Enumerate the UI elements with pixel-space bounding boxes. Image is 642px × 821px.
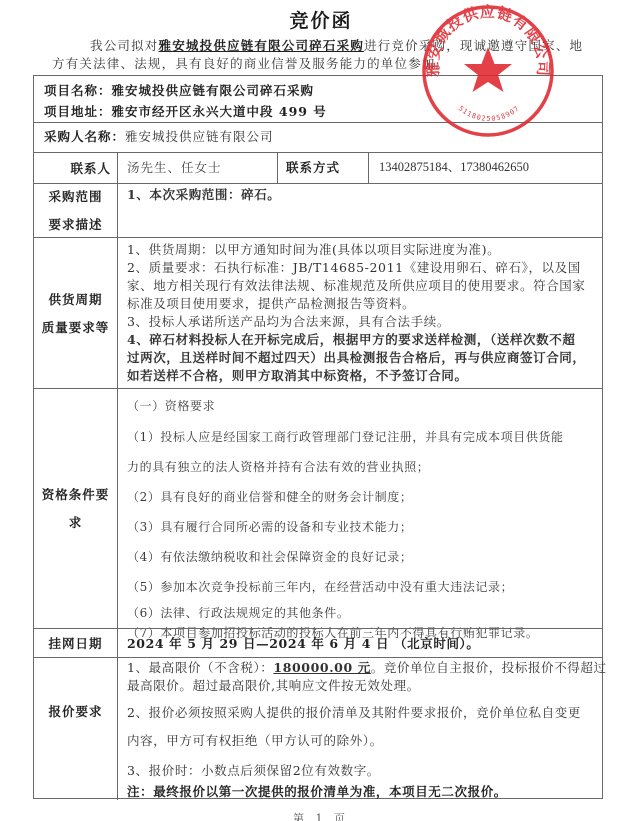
project-address-label: 项目地址： — [44, 104, 112, 119]
supply-line: 2、质量要求：石执行标准：JB/T14685-2011《建设用卵石、碎石》，以及… — [127, 259, 596, 277]
qualification-item: （1）投标人应是经国家工商行政管理部门登记注册，并具有完成本项目供货能 — [127, 422, 596, 452]
supply-content: 1、供货周期：以甲方通知时间为准(具体以项目实际进度为准)。 2、质量要求：石执… — [118, 238, 602, 389]
qualification-label-line-2: 求 — [69, 509, 83, 537]
qualification-item: （3）具有履行合同所必需的设备和专业技术能力； — [127, 512, 596, 542]
quote-note: 注：最终报价以第一次提供的报价清单为准，本项目无二次报价。 — [127, 783, 596, 801]
quote-item-1-prefix: 1、最高限价（不含税）： — [127, 660, 273, 675]
supply-label: 供货周期 质量要求等 — [34, 238, 118, 389]
intro-paragraph: 我公司拟对雅安城投供应链有限公司碎石采购进行竞价采购，现诚邀遵守国家、地 方有关… — [52, 37, 612, 73]
qualification-item: （6）法律、行政法规规定的其他条件。 — [127, 602, 596, 624]
row-purchaser: 采购人名称：雅安城投供应链有限公司 — [34, 122, 602, 153]
supply-line: 过两次，且送样时间不超过四天）出具检测报告合格后，再与供应商签订合同， — [127, 349, 596, 367]
bid-table: 项目名称：雅安城投供应链有限公司碎石采购 项目地址：雅安市经开区永兴大道中段 4… — [33, 75, 603, 799]
qualification-item: （2）具有良好的商业信誉和健全的财务会计制度； — [127, 482, 596, 512]
quote-item-3: 3、报价时：小数点后须保留2位有效数字。 — [127, 759, 596, 783]
quote-label-text: 报价要求 — [48, 698, 102, 726]
row-project: 项目名称：雅安城投供应链有限公司碎石采购 项目地址：雅安市经开区永兴大道中段 4… — [34, 76, 602, 123]
listing-label: 挂网日期 — [34, 629, 118, 658]
project-name-label: 项目名称： — [44, 83, 112, 98]
supply-line: 如若送样不合格，则甲方取消其中标资格，不予签订合同。 — [127, 367, 596, 385]
qualification-label: 资格条件要 求 — [34, 389, 118, 629]
project-name-value: 雅安城投供应链有限公司碎石采购 — [112, 83, 315, 98]
quote-item-2-line-1: 2、报价必须按照采购人提供的报价清单及其附件要求报价，竞价单位私自变更 — [127, 699, 596, 727]
project-cell: 项目名称：雅安城投供应链有限公司碎石采购 项目地址：雅安市经开区永兴大道中段 4… — [34, 76, 602, 123]
supply-line: 1、供货周期：以甲方通知时间为准(具体以项目实际进度为准)。 — [127, 241, 596, 259]
quote-item-2-line-2: 内容，甲方可有权拒绝（甲方认可的除外）。 — [127, 727, 596, 755]
scope-label: 采购范围 要求描述 — [34, 184, 118, 238]
row-qualification: 资格条件要 求 （一）资格要求 （1）投标人应是经国家工商行政管理部门登记注册，… — [34, 388, 602, 629]
intro-prefix: 我公司拟对 — [90, 38, 159, 53]
qualification-content: （一）资格要求 （1）投标人应是经国家工商行政管理部门登记注册，并具有完成本项目… — [118, 389, 602, 629]
page-number: 第 1 页 — [0, 810, 642, 821]
intro-suffix: 进行竞价采购，现诚邀遵守国家、地 — [364, 38, 583, 53]
scope-label-line-1: 采购范围 — [48, 183, 102, 211]
contact-label: 联系人 — [34, 153, 118, 184]
quote-content: 1、最高限价（不含税）：180000.00 元。竞价单位自主报价，投标报价不得超… — [118, 658, 602, 800]
row-listing-date: 挂网日期 2024 年 5 月 29 日—2024 年 6 月 4 日 （北京时… — [34, 628, 602, 658]
supply-line: 3、投标人承诺所送产品均为合法来源，具有合法手续。 — [127, 313, 596, 331]
supply-line: 标准及项目使用要求，提供产品检测报告等资料。 — [127, 295, 596, 313]
qualification-item: （5）参加本次竞争投标前三年内，在经营活动中没有重大违法记录； — [127, 572, 596, 602]
contact-label-text: 联系人 — [70, 155, 111, 183]
qualification-heading: （一）资格要求 — [127, 394, 596, 418]
project-name: 项目名称：雅安城投供应链有限公司碎石采购 — [44, 80, 592, 101]
qualification-item: 力的具有独立的法人资格并持有合法有效的营业执照； — [127, 452, 596, 482]
supply-line: 家、地方相关现行有效法律法规、标准规范及所供应项目的使用要求。符合国家 — [127, 277, 596, 295]
row-scope: 采购范围 要求描述 1、本次采购范围：碎石。 — [34, 183, 602, 238]
quote-item-1-suffix: 。竞价单位自主报价，投标报价不得超过 — [371, 660, 607, 675]
row-supply: 供货周期 质量要求等 1、供货周期：以甲方通知时间为准(具体以项目实际进度为准)… — [34, 237, 602, 389]
document-title: 竞价函 — [0, 6, 642, 33]
project-address: 项目地址：雅安市经开区永兴大道中段 499 号 — [44, 101, 592, 122]
intro-project-name: 雅安城投供应链有限公司碎石采购 — [159, 38, 365, 53]
quote-item-1: 1、最高限价（不含税）：180000.00 元。竞价单位自主报价，投标报价不得超… — [127, 659, 596, 677]
scope-line-1: 1、本次采购范围：碎石。 — [127, 187, 596, 203]
scope-label-line-2: 要求描述 — [48, 211, 102, 239]
supply-label-line-2: 质量要求等 — [42, 314, 110, 342]
purchaser-value: 雅安城投供应链有限公司 — [125, 129, 274, 144]
project-address-value: 雅安市经开区永兴大道中段 499 号 — [112, 104, 327, 119]
listing-label-text: 挂网日期 — [48, 630, 102, 658]
row-quote: 报价要求 1、最高限价（不含税）：180000.00 元。竞价单位自主报价，投标… — [34, 657, 602, 800]
phone-value: 13402875184、17380462650 — [369, 153, 602, 184]
intro-line-1: 我公司拟对雅安城投供应链有限公司碎石采购进行竞价采购，现诚邀遵守国家、地 — [52, 37, 612, 55]
phone-label: 联系方式 — [278, 153, 369, 184]
quote-label: 报价要求 — [34, 658, 118, 800]
qualification-label-line-1: 资格条件要 — [42, 481, 110, 509]
intro-line-2: 方有关法律、法规，具有良好的商业信誉及服务能力的单位参加。 — [52, 55, 612, 73]
listing-value: 2024 年 5 月 29 日—2024 年 6 月 4 日 （北京时间）。 — [118, 629, 602, 658]
quote-item-1-line-2: 最高限价。超过最高限价,其响应文件按无效处理。 — [127, 677, 596, 695]
supply-line: 4、碎石材料投标人在开标完成后，根据甲方的要求送样检测，（送样次数不超 — [127, 331, 596, 349]
max-price: 180000.00 元 — [273, 660, 370, 675]
row-contact: 联系人 汤先生、任女士 联系方式 13402875184、17380462650 — [34, 152, 602, 184]
supply-label-line-1: 供货周期 — [48, 286, 102, 314]
purchaser-label: 采购人名称： — [44, 129, 125, 144]
scope-content: 1、本次采购范围：碎石。 — [118, 184, 602, 238]
contact-value: 汤先生、任女士 — [118, 153, 278, 184]
purchaser-cell: 采购人名称：雅安城投供应链有限公司 — [34, 123, 602, 153]
qualification-item: （4）有依法缴纳税收和社会保障资金的良好记录； — [127, 542, 596, 572]
